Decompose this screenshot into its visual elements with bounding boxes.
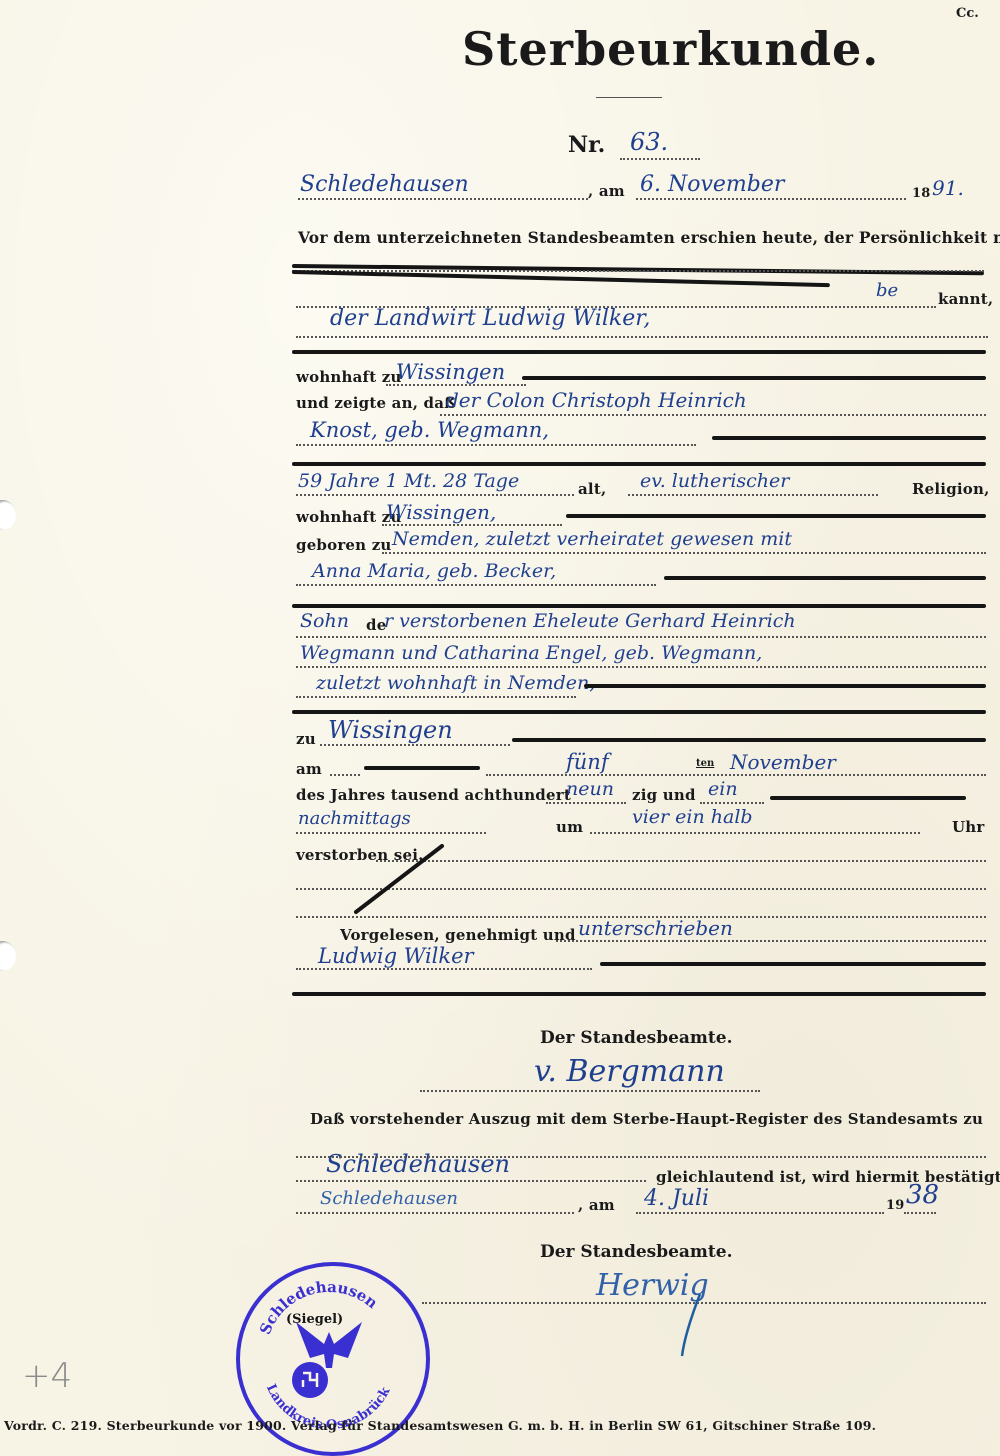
page-title: Sterbeurkunde. <box>462 22 879 76</box>
age-label: alt, <box>578 480 606 498</box>
dotted-line <box>628 494 878 496</box>
parents-line1: r verstorbenen Eheleute Gerhard Heinrich <box>384 610 796 632</box>
year-suffix: 91. <box>932 176 964 200</box>
dotted-line <box>296 1156 986 1158</box>
birth-line2: Anna Maria, geb. Becker, <box>312 560 556 582</box>
rule <box>292 710 986 714</box>
zig-und-label: zig und <box>632 786 696 804</box>
dotted-line <box>382 524 562 526</box>
cert-year-prefix: 19 <box>886 1198 905 1213</box>
am-label: , am <box>588 182 625 200</box>
year-prefix: 18 <box>912 186 931 201</box>
dotted-line <box>296 636 986 638</box>
svg-text:Schledehausen: Schledehausen <box>256 1278 381 1337</box>
margin-note: +4 <box>22 1356 72 1396</box>
dotted-line <box>296 666 986 668</box>
death-day: fünf <box>566 750 609 774</box>
declared-label: und zeigte an, daß <box>296 394 456 412</box>
uhr-label: Uhr <box>952 818 985 836</box>
known-hand: be <box>876 280 898 301</box>
death-month: November <box>730 750 836 774</box>
cert-am-label: , am <box>578 1196 615 1214</box>
dotted-line <box>376 860 986 862</box>
deceased-age: 59 Jahre 1 Mt. 28 Tage <box>298 470 519 492</box>
registrar-label: Der Standesbeamte. <box>540 1028 733 1048</box>
signed-hand: unterschrieben <box>578 916 733 940</box>
dotted-line <box>700 802 764 804</box>
time-of-day: nachmittags <box>298 808 411 829</box>
birth-line1: Nemden, zuletzt verheiratet gewesen mit <box>392 528 792 550</box>
dotted-line <box>320 744 510 746</box>
um-label: um <box>556 818 583 836</box>
rule <box>364 766 480 770</box>
death-am-label: am <box>296 760 322 778</box>
place-dotted-line <box>298 198 588 200</box>
intro-text: Vor dem unterzeichneten Standesbeamten e… <box>298 228 1000 247</box>
rule <box>664 576 986 580</box>
dotted-line <box>330 774 360 776</box>
date-dotted-line <box>636 198 906 200</box>
death-place-label: zu <box>296 730 316 748</box>
informant-residence: Wissingen <box>396 360 505 384</box>
rule <box>292 604 986 608</box>
cert-year-suffix: 38 <box>906 1180 939 1210</box>
dotted-line <box>296 444 696 446</box>
dotted-line <box>590 832 920 834</box>
rule <box>712 436 986 440</box>
rule <box>566 514 986 518</box>
dotted-line <box>556 940 986 942</box>
deceased-line1: der Colon Christoph Heinrich <box>446 388 747 412</box>
corner-mark: Cc. <box>956 6 979 21</box>
dotted-line <box>636 1212 884 1214</box>
signature-flourish <box>660 1290 720 1360</box>
cert-place-2: Schledehausen <box>320 1188 458 1209</box>
dotted-line <box>486 774 986 776</box>
parents-prefix-hand: Sohn <box>300 610 349 632</box>
registration-place: Schledehausen <box>300 172 469 197</box>
certification-text: Daß vorstehender Auszug mit dem Sterbe-H… <box>310 1110 983 1128</box>
rule <box>770 796 966 800</box>
title-underline <box>596 97 662 98</box>
cert-place: Schledehausen <box>326 1150 510 1178</box>
time-hour: vier ein halb <box>632 806 753 828</box>
born-label: geboren zu <box>296 536 392 554</box>
dotted-line <box>904 1212 936 1214</box>
dotted-line <box>296 584 656 586</box>
parents-line3: zuletzt wohnhaft in Nemden, <box>316 672 595 694</box>
year-words-label: des Jahres tausend achthundert <box>296 786 571 804</box>
religion-label: Religion, <box>912 480 990 498</box>
identical-text: gleichlautend ist, wird hiermit bestätig… <box>656 1168 1000 1186</box>
dotted-line <box>382 552 986 554</box>
rule <box>600 962 986 966</box>
form-footer: Vordr. C. 219. Sterbeurkunde vor 1900. V… <box>4 1418 876 1433</box>
informant-name: der Landwirt Ludwig Wilker, <box>330 306 650 331</box>
year-words-units: ein <box>708 778 738 800</box>
dotted-line <box>296 968 592 970</box>
death-place: Wissingen <box>328 716 453 744</box>
dotted-line <box>296 1180 646 1182</box>
strike-through-mark <box>350 840 450 920</box>
cert-date: 4. Juli <box>644 1186 709 1211</box>
dotted-line <box>386 384 526 386</box>
rule <box>292 462 986 466</box>
religion: ev. lutherischer <box>640 470 789 492</box>
dotted-line <box>296 832 486 834</box>
eagle-icon <box>296 1322 362 1368</box>
dotted-line <box>296 696 576 698</box>
dotted-line <box>440 414 986 416</box>
dotted-line <box>296 494 574 496</box>
informant-signature: Ludwig Wilker <box>318 944 474 968</box>
dotted-line <box>546 802 626 804</box>
year-words-tens: neun <box>566 778 614 800</box>
registration-date: 6. November <box>640 172 784 197</box>
parents-line2: Wegmann und Catharina Engel, geb. Wegman… <box>300 642 762 664</box>
dotted-line <box>296 336 988 338</box>
rule <box>512 738 986 742</box>
rule <box>292 992 986 996</box>
rule <box>584 684 986 688</box>
registrar-signature: v. Bergmann <box>534 1054 725 1089</box>
death-ten-label: ten <box>696 758 714 769</box>
signature-dotted-line <box>420 1090 760 1092</box>
number-dotted-line <box>620 158 700 160</box>
dotted-line <box>296 1212 574 1214</box>
certificate-number: 63. <box>630 128 668 156</box>
seal-label: (Siegel) <box>286 1312 343 1327</box>
deceased-residence: Wissingen, <box>386 500 496 524</box>
read-label: Vorgelesen, genehmigt und <box>340 926 576 944</box>
known-print: kannt, <box>938 290 993 308</box>
stamp-text-top: Schledehausen <box>256 1278 381 1337</box>
registrar-label-2: Der Standesbeamte. <box>540 1242 733 1262</box>
paper-background <box>0 0 1000 1456</box>
rule <box>522 376 986 380</box>
number-label: Nr. <box>568 132 605 158</box>
deceased-line2: Knost, geb. Wegmann, <box>310 418 549 442</box>
rule <box>292 350 986 354</box>
